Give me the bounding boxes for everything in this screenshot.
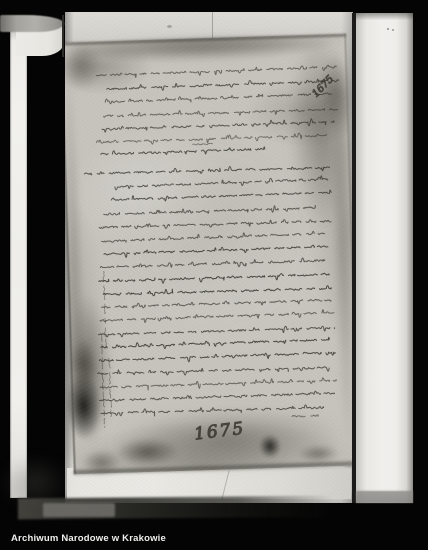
- microfilm-frame: 1675 1675 Archiwum Narodowe w Krakowie: [0, 0, 428, 550]
- photo-area: [65, 12, 353, 503]
- page-stain: [108, 404, 348, 475]
- page-edge: [74, 461, 353, 474]
- page-stain: [286, 29, 353, 231]
- backdrop-fold-line: [221, 470, 229, 499]
- ink-blot-stain: [65, 371, 103, 440]
- backdrop-crease: [212, 12, 213, 42]
- film-torn-patch: [0, 15, 64, 32]
- page-stain: [65, 32, 341, 63]
- page-stain: [65, 62, 89, 462]
- ink-blot-stain: [259, 434, 282, 459]
- film-edge-mark: [387, 28, 389, 30]
- backdrop-below-page: [67, 468, 351, 499]
- archive-watermark: Archiwum Narodowe w Krakowie: [11, 533, 166, 544]
- page-stain: [114, 145, 310, 331]
- page-edge: [65, 34, 346, 46]
- page-stain: [65, 41, 104, 90]
- page-stain: [70, 338, 98, 391]
- page-edge: [65, 43, 76, 475]
- page-stain: [317, 53, 353, 134]
- film-strip-right: [356, 13, 413, 503]
- page-stain: [81, 449, 122, 476]
- backdrop-speck: [167, 25, 172, 28]
- page-stain: [326, 34, 353, 466]
- page-stain: [115, 437, 180, 467]
- page-stain: [65, 291, 115, 447]
- frame-line-left: [62, 15, 64, 57]
- film-strip-right-cap: [356, 491, 413, 503]
- film-gray-tab: [43, 503, 115, 517]
- page-stain: [297, 444, 340, 463]
- film-strip-left: [10, 17, 27, 498]
- manuscript-page: [65, 34, 353, 475]
